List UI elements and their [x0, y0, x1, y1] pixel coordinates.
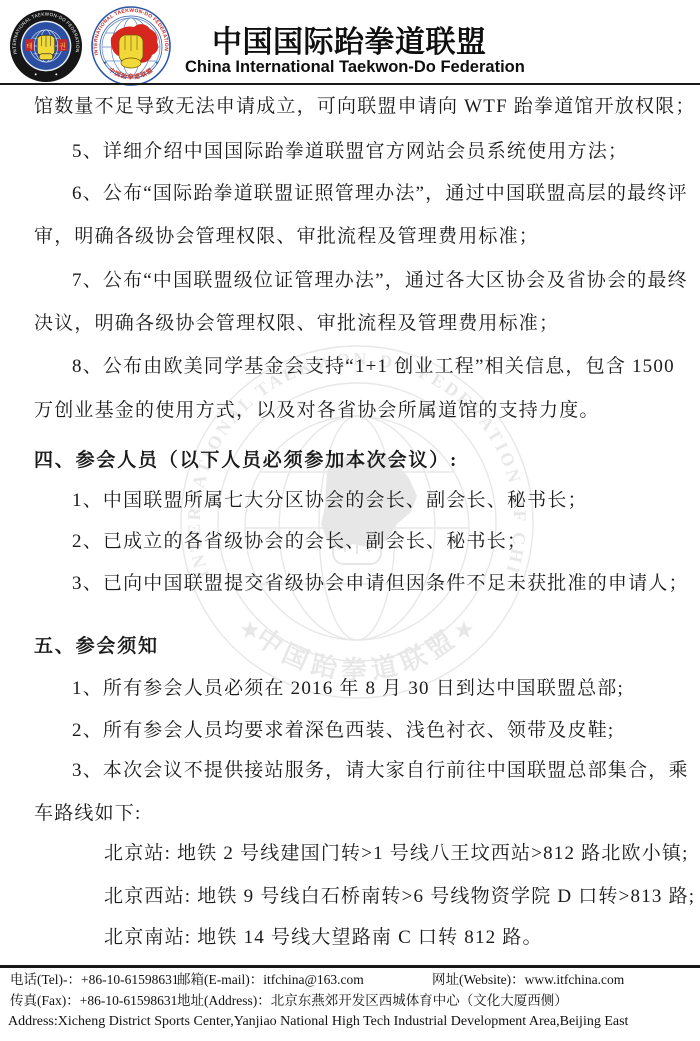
itf-china-badge-logo: INTERNATIONAL TAEKWON-DO FEDERATION 中国跆拳…: [91, 6, 171, 86]
body-line: 馆数量不足导致无法申请成立，可向联盟申请向 WTF 跆拳道馆开放权限；: [34, 96, 696, 118]
body-line: 3、已向中国联盟提交省级协会申请但因条件不足未获批准的申请人；: [72, 573, 689, 595]
body-line: 2、已成立的各省级协会的会长、副会长、秘书长；: [72, 531, 527, 553]
route-line: 北京站: 地铁 2 号线建国门转>1 号线八王坟西站>812 路北欧小镇;: [104, 843, 689, 865]
document-page: INTERNATIONAL TAEKWON-DO FEDERATION OF C…: [0, 0, 700, 1041]
org-title-english: China International Taekwon-Do Federatio…: [185, 58, 525, 77]
body-line: 审，明确各级协会管理权限、审批流程及管理费用标准；: [34, 226, 539, 248]
body-line: 8、公布由欧美同学基金会支持“1+1 创业工程”相关信息，包含 1500: [72, 356, 675, 378]
body-line: 6、公布“国际跆拳道联盟证照管理办法”，通过中国联盟高层的最终评: [72, 183, 688, 205]
body-line: 决议，明确各级协会管理权限、审批流程及管理费用标准；: [34, 313, 559, 335]
footer-divider: [0, 965, 700, 968]
badge-kr-left-char: 태: [26, 41, 33, 50]
section-heading-4: 四、参会人员（以下人员必须参加本次会议）:: [34, 450, 458, 472]
section-heading-5: 五、参会须知: [34, 636, 159, 658]
body-line: 1、中国联盟所属七大分区协会的会长、副会长、秘书长；: [72, 490, 588, 512]
footer-email: 邮箱(E-mail)：itfchina@163.com: [177, 971, 364, 989]
badge-kr-right-char: 권: [59, 41, 66, 50]
body-line: 万创业基金的使用方式，以及对各省协会所属道馆的支持力度。: [34, 400, 600, 422]
watermark-logo: INTERNATIONAL TAEKWON-DO FEDERATION OF C…: [177, 342, 537, 702]
body-line: 1、所有参会人员必须在 2016 年 8 月 30 日到达中国联盟总部;: [72, 678, 624, 700]
watermark-star-right: ★: [453, 618, 475, 644]
body-line: 车路线如下:: [34, 803, 141, 825]
badge-fist-icon: [119, 35, 143, 68]
footer-telephone: 电话(Tel)-：+86-10-61598631: [10, 971, 179, 989]
watermark-star-left: ★: [239, 618, 261, 644]
footer-address-en: Address:Xicheng District Sports Center,Y…: [8, 1013, 628, 1031]
org-title-chinese: 中国国际跆拳道联盟: [212, 17, 487, 61]
route-line: 北京南站: 地铁 14 号线大望路南 C 口转 812 路。: [104, 927, 543, 949]
body-line: 3、本次会议不提供接站服务，请大家自行前往中国联盟总部集合，乘: [72, 760, 689, 782]
svg-text:中国跆拳道联盟: 中国跆拳道联盟: [250, 622, 464, 685]
footer-fax: 传真(Fax)：+86-10-61598631: [10, 992, 177, 1010]
body-line: 5、详细介绍中国国际跆拳道联盟官方网站会员系统使用方法；: [72, 141, 628, 163]
itf-black-badge-logo: 태 권 INTERNATIONAL TAEKWON-DO FEDERATION: [9, 9, 83, 83]
body-line: 7、公布“中国联盟级位证管理办法”，通过各大区协会及省协会的最终: [72, 270, 688, 292]
watermark-bottom-text: 中国跆拳道联盟: [250, 622, 464, 685]
body-line: 2、所有参会人员均要求着深色西装、浅色衬衣、领带及皮鞋;: [72, 720, 614, 742]
header-divider: [0, 83, 700, 85]
footer-address-cn: 地址(Address)：北京东燕郊开发区西城体育中心（文化大厦西侧）: [177, 992, 568, 1010]
footer-website: 网址(Website)：www.itfchina.com: [432, 971, 624, 989]
badge-fist-icon: [37, 35, 55, 59]
route-line: 北京西站: 地铁 9 号线白石桥南转>6 号线物资学院 D 口转>813 路;: [104, 886, 695, 908]
